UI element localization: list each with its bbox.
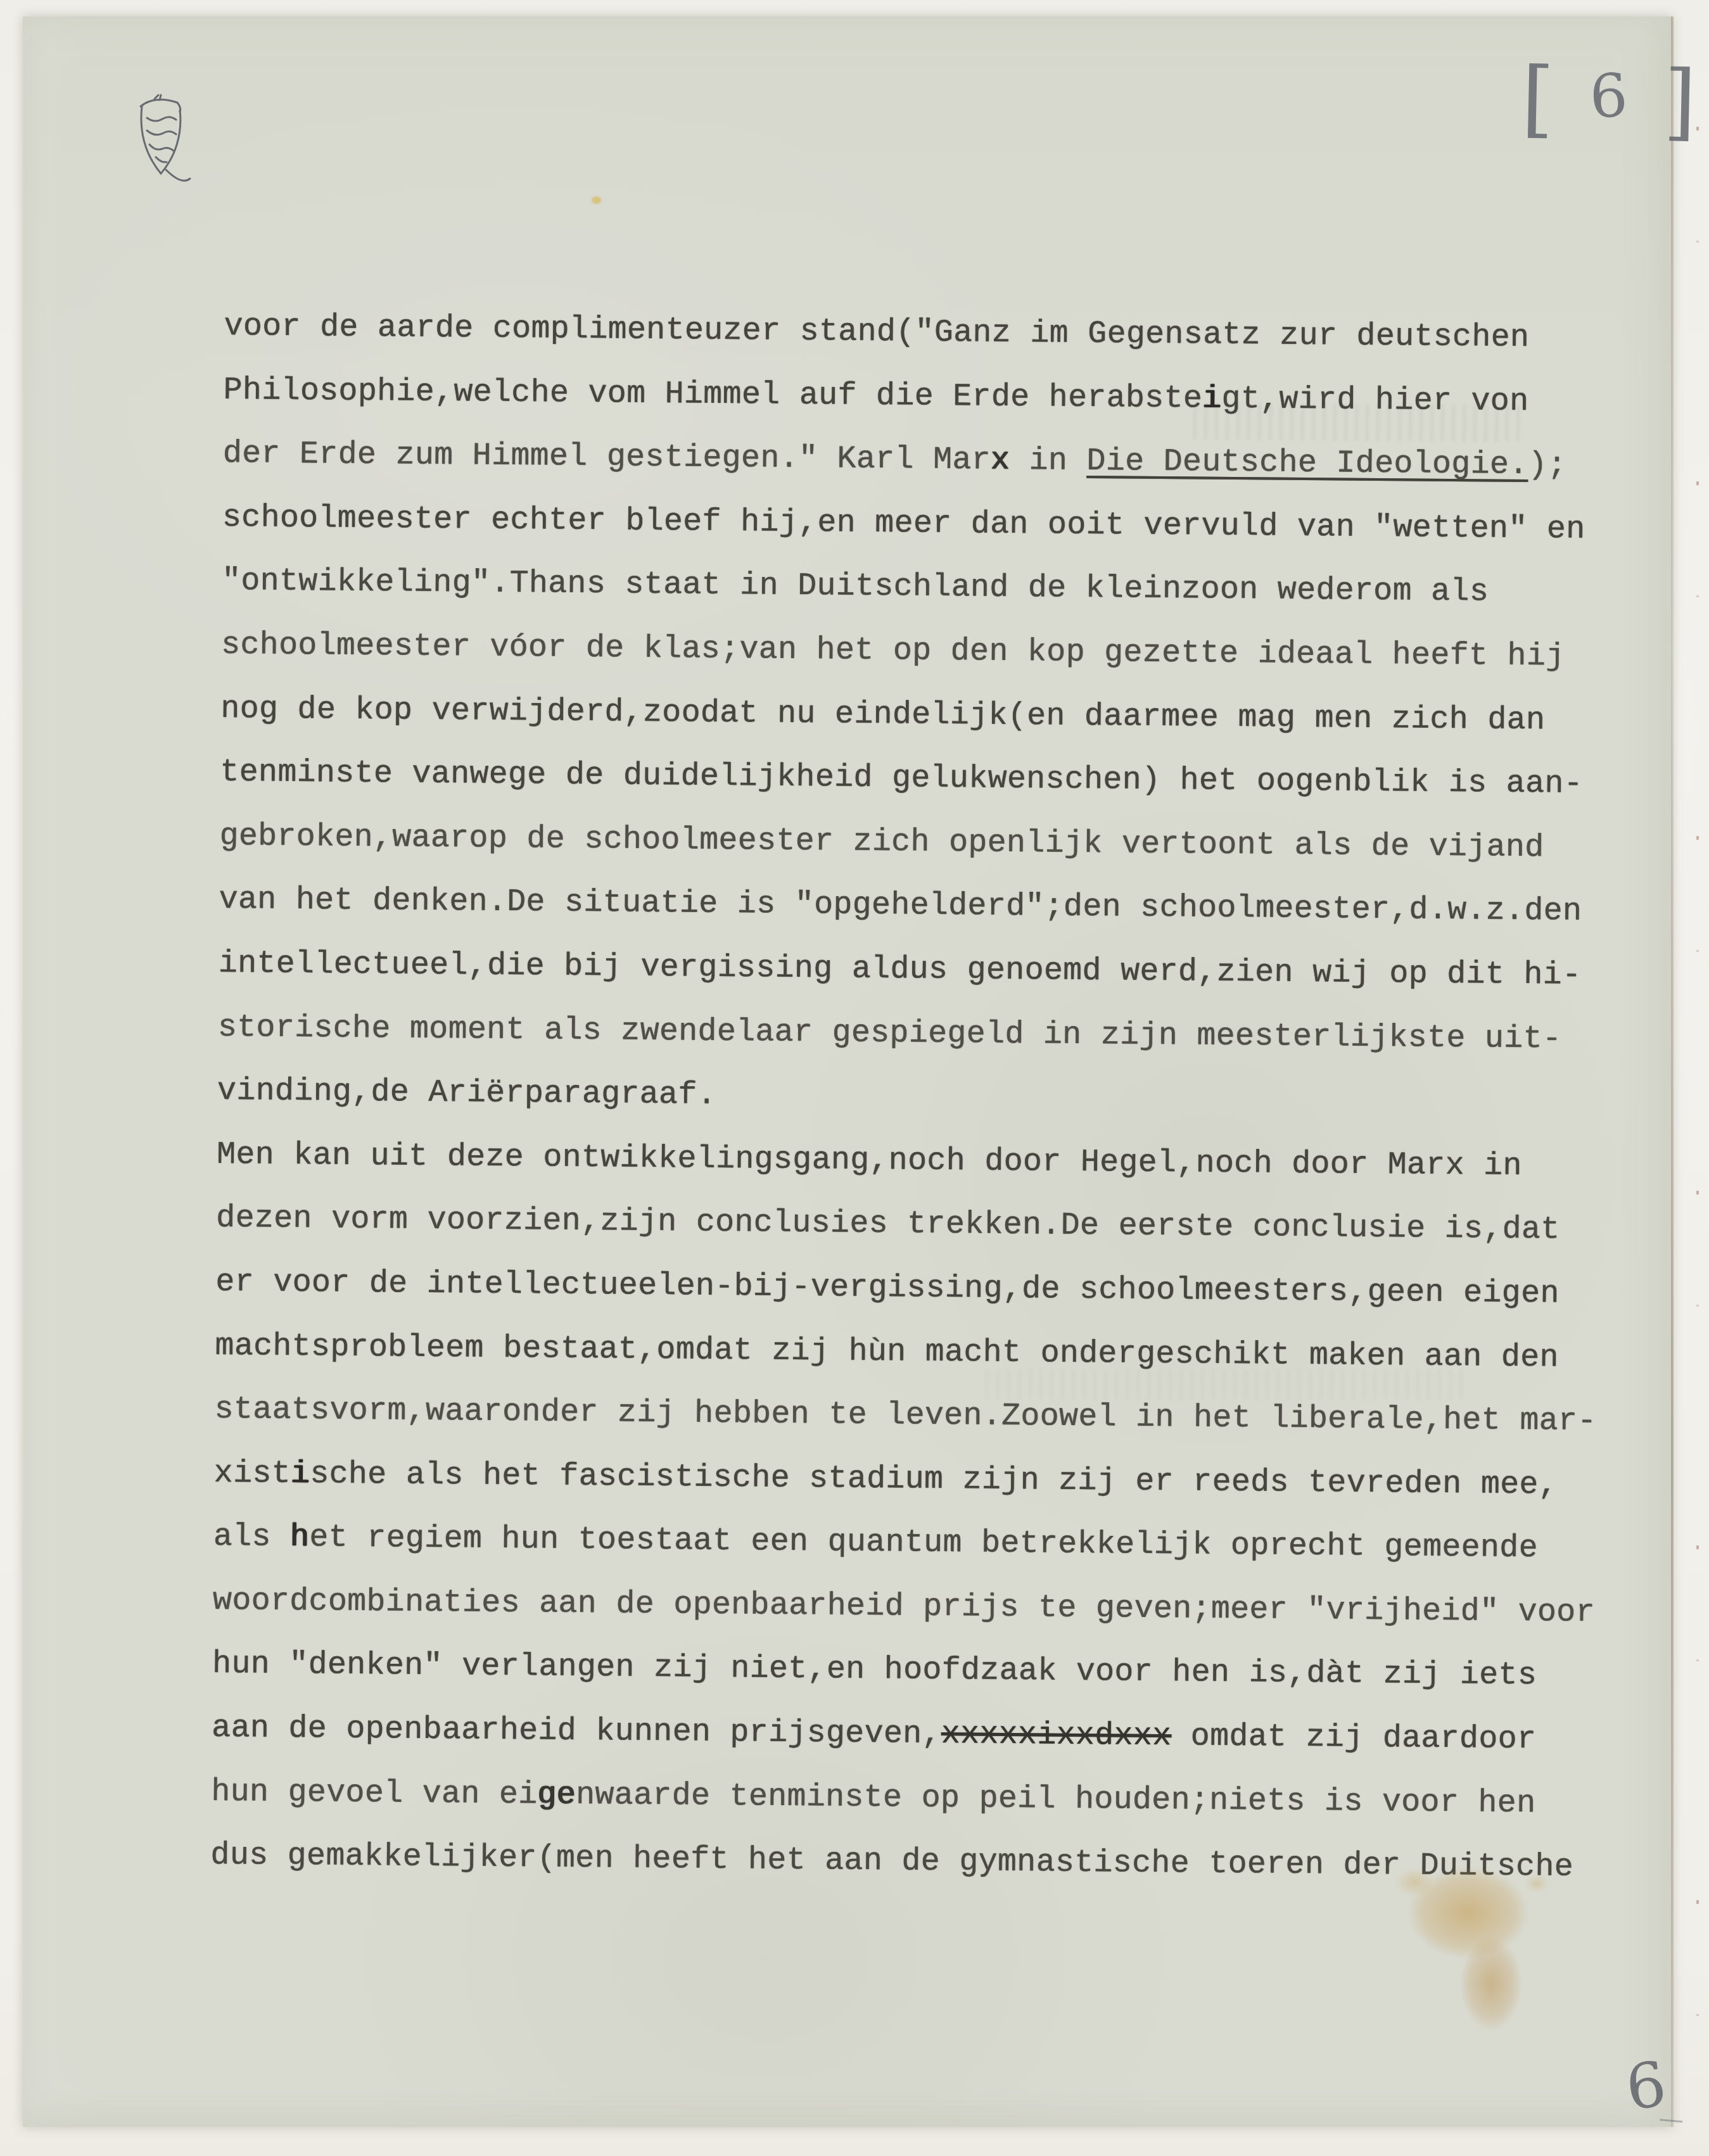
typed-segment: als (213, 1519, 291, 1556)
typed-segment: staatsvorm,waaronder zij hebben te leven… (214, 1392, 1596, 1440)
page-number-top-value: 6 (1589, 67, 1630, 134)
typed-segment: intellectueel,die bij vergissing aldus g… (218, 946, 1581, 994)
typed-segment: dus gemakkelijker(men heeft het aan de g… (210, 1837, 1573, 1886)
typed-line: gebroken,waarop de schoolmeester zich op… (219, 805, 1651, 881)
typed-segment-u: Die Deutsche Ideologie. (1086, 443, 1528, 483)
typed-line: storische moment als zwendelaar gespiege… (217, 996, 1649, 1072)
bracket-open: [ (1521, 56, 1555, 141)
typed-segment: van het denken.De situatie is "opgehelde… (219, 882, 1582, 930)
typed-segment: Philosophie,welche vom Himmel auf die Er… (223, 372, 1202, 417)
typed-segment: et regiem hun toestaat een quantum betre… (309, 1520, 1538, 1567)
typed-line: "ontwikkeling".Thans staat in Duitschlan… (222, 550, 1654, 626)
typed-segment: voor de aarde complimenteuzer stand("Gan… (224, 308, 1529, 356)
typescript-text-block: voor de aarde complimenteuzer stand("Gan… (210, 295, 1656, 1900)
typed-segment: woordcombinaties aan de openbaarheid pri… (213, 1583, 1595, 1631)
typed-segment: ); (1528, 447, 1566, 484)
paper-sheet: [ 6 ] voor de aarde complimenteuzer stan… (23, 16, 1672, 2127)
typed-segment: omdat zij daardoor (1171, 1718, 1536, 1758)
typed-segment: hun "denken" verlangen zij niet,en hoofd… (212, 1646, 1537, 1694)
typed-segment-b: h (290, 1519, 310, 1556)
typed-segment: aan de openbaarheid kunnen prijsgeven, (212, 1710, 941, 1753)
typed-line: schoolmeester vóor de klas;van het op de… (221, 614, 1653, 690)
archive-crest-stamp-icon (130, 94, 194, 189)
typed-line: dus gemakkelijker(men heeft het aan de g… (210, 1824, 1642, 1900)
typed-line: dezen vorm voorzien,zijn conclusies trek… (216, 1187, 1648, 1263)
page-number-top: [ 6 ] (1521, 56, 1698, 144)
typed-line: woordcombinaties aan de openbaarheid pri… (213, 1569, 1645, 1646)
typed-segment: gt,wird hier von (1221, 381, 1528, 419)
typed-line: xistische als het fascistische stadium z… (213, 1442, 1646, 1518)
typed-segment: "ontwikkeling".Thans staat in Duitschlan… (222, 563, 1489, 610)
typed-segment: schoolmeester echter bleef hij,en meer d… (222, 500, 1585, 548)
typed-segment-b: x (991, 443, 1010, 479)
typed-segment-b: i (1202, 381, 1222, 417)
typed-segment: vinding,de Ariërparagraaf. (217, 1073, 716, 1113)
typed-segment-b: i (291, 1456, 310, 1492)
typed-line: Philosophie,welche vom Himmel auf die Er… (223, 359, 1655, 435)
typed-line: machtsprobleem bestaat,omdat zij hùn mac… (215, 1315, 1647, 1391)
bracket-close: ] (1663, 60, 1697, 144)
typed-line: van het denken.De situatie is "opgehelde… (219, 868, 1651, 944)
typed-segment: hun gevoel van ei (211, 1774, 538, 1813)
typed-segment: machtsprobleem bestaat,omdat zij hùn mac… (215, 1328, 1559, 1376)
typed-segment: xist (213, 1455, 291, 1492)
typed-segment: nog de kop verwijderd,zoodat nu eindelij… (220, 691, 1545, 739)
typed-line: nog de kop verwijderd,zoodat nu eindelij… (220, 678, 1653, 754)
typed-segment-b: ge (537, 1777, 576, 1813)
typed-segment: in (1010, 443, 1087, 479)
typed-segment: tenminste vanwege de duidelijkheid geluk… (220, 754, 1583, 802)
typed-line: tenminste vanwege de duidelijkheid geluk… (220, 741, 1652, 817)
typed-line: der Erde zum Himmel gestiegen." Karl Mar… (222, 422, 1655, 498)
typed-line: schoolmeester echter bleef hij,en meer d… (222, 486, 1654, 562)
typed-segment: Men kan uit deze ontwikkelingsgang,noch … (217, 1137, 1522, 1184)
typed-segment: dezen vorm voorzien,zijn conclusies trek… (216, 1200, 1560, 1248)
typed-line: staatsvorm,waaronder zij hebben te leven… (214, 1378, 1646, 1454)
typed-segment: storische moment als zwendelaar gespiege… (218, 1010, 1562, 1058)
typed-segment: nwaarde tenminste op peil houden;niets i… (576, 1777, 1536, 1822)
typed-line: Men kan uit deze ontwikkelingsgang,noch … (217, 1124, 1649, 1200)
typed-segment: der Erde zum Himmel gestiegen." Karl Mar (223, 436, 991, 479)
typed-line: hun "denken" verlangen zij niet,en hoofd… (212, 1633, 1644, 1709)
typed-line: er voor de intellectueelen-bij-vergissin… (215, 1251, 1648, 1327)
typed-segment: sche als het fascistische stadium zijn z… (310, 1456, 1558, 1503)
typed-segment: schoolmeester vóor de klas;van het op de… (221, 627, 1565, 675)
paper-speck (592, 196, 601, 204)
scanned-typescript-page: { "page": { "background_color": "#f2f0ea… (0, 0, 1709, 2156)
typed-line: aan de openbaarheid kunnen prijsgeven,xx… (212, 1697, 1644, 1773)
page-number-bottom: 6 (1623, 2051, 1683, 2126)
typed-line: vinding,de Ariërparagraaf. (217, 1060, 1649, 1136)
typed-line: voor de aarde complimenteuzer stand("Gan… (224, 295, 1656, 371)
typed-segment: gebroken,waarop de schoolmeester zich op… (219, 818, 1544, 866)
scan-edge-dust (1696, 51, 1699, 2118)
typed-line: als het regiem hun toestaat een quantum … (213, 1506, 1645, 1582)
typed-segment: er voor de intellectueelen-bij-vergissin… (215, 1264, 1560, 1312)
typed-line: hun gevoel van eigenwaarde tenminste op … (211, 1761, 1643, 1837)
typed-segment-x: xxxxxixxdxxx (941, 1716, 1172, 1754)
typed-line: intellectueel,die bij vergissing aldus g… (218, 932, 1650, 1008)
